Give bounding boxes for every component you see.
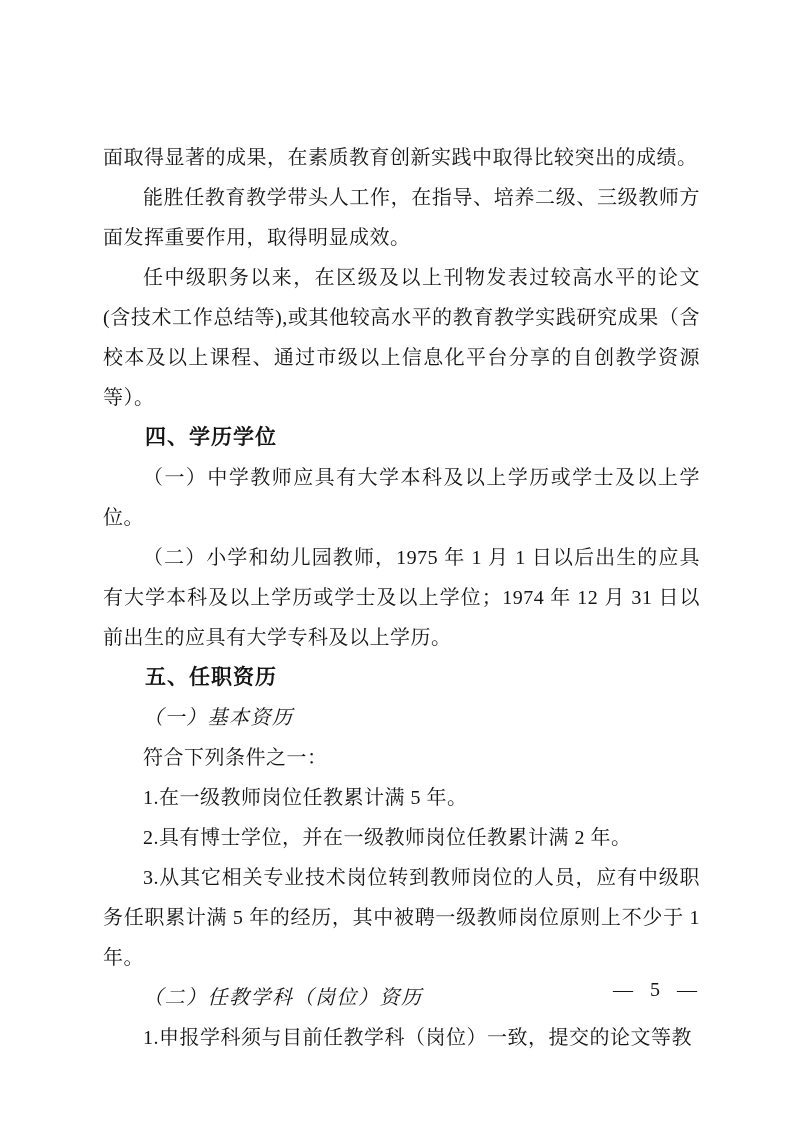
body-paragraph-item-3: 3.从其它相关专业技术岗位转到教师岗位的人员，应有中级职务任职累计满 5 年的经… xyxy=(103,858,700,978)
section-heading-5: 五、任职资历 xyxy=(103,658,700,698)
document-page: 面取得显著的成果，在素质教育创新实践中取得比较突出的成绩。 能胜任教育教学带头人… xyxy=(0,0,793,1122)
body-paragraph: （一）中学教师应具有大学本科及以上学历或学士及以上学位。 xyxy=(103,458,700,538)
body-paragraph: 1.申报学科须与目前任教学科（岗位）一致，提交的论文等教 xyxy=(103,1018,700,1058)
body-paragraph-continuation: 面取得显著的成果，在素质教育创新实践中取得比较突出的成绩。 xyxy=(103,138,700,178)
body-paragraph: 符合下列条件之一： xyxy=(103,738,700,778)
body-paragraph: （二）小学和幼儿园教师，1975 年 1 月 1 日以后出生的应具有大学本科及以… xyxy=(103,538,700,658)
section-heading-4: 四、学历学位 xyxy=(103,418,700,458)
sub-heading-teaching-subject: （二）任教学科（岗位）资历 xyxy=(103,978,700,1018)
body-paragraph-item-2: 2.具有博士学位，并在一级教师岗位任教累计满 2 年。 xyxy=(103,818,700,858)
document-text-block: 面取得显著的成果，在素质教育创新实践中取得比较突出的成绩。 能胜任教育教学带头人… xyxy=(103,138,700,1058)
body-paragraph-item-1: 1.在一级教师岗位任教累计满 5 年。 xyxy=(103,778,700,818)
sub-heading-basic-experience: （一）基本资历 xyxy=(103,698,700,738)
body-paragraph: 能胜任教育教学带头人工作，在指导、培养二级、三级教师方面发挥重要作用，取得明显成… xyxy=(103,178,700,258)
body-paragraph: 任中级职务以来，在区级及以上刊物发表过较高水平的论文(含技术工作总结等),或其他… xyxy=(103,258,700,418)
page-number: — 5 — xyxy=(613,975,697,1005)
